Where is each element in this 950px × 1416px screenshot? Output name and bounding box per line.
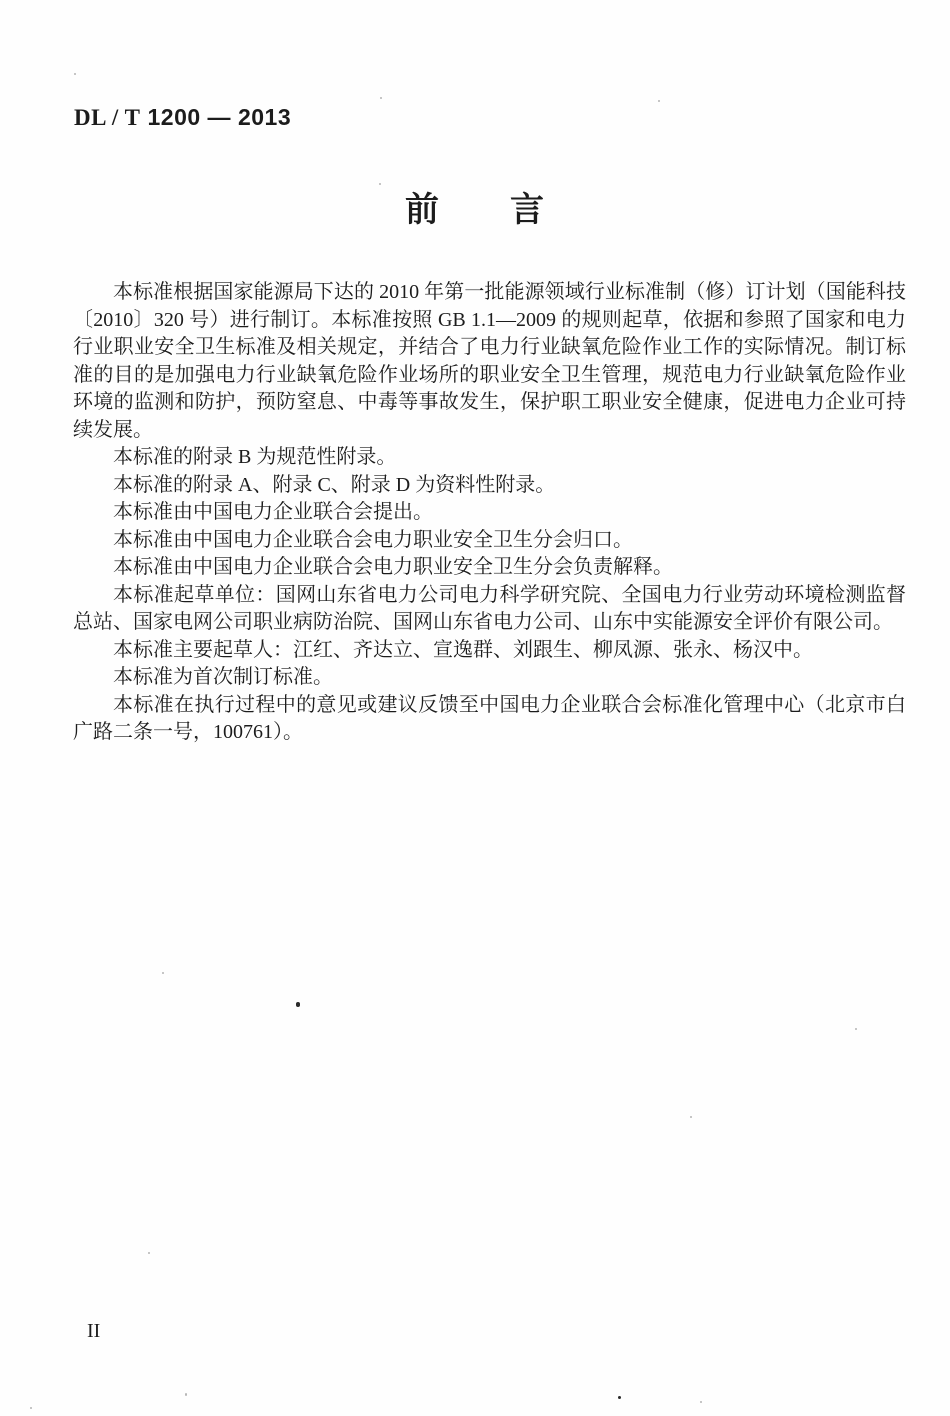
scan-speck (380, 97, 382, 99)
foreword-paragraph-10: 本标准在执行过程中的意见或建议反馈至中国电力企业联合会标准化管理中心（北京市白广… (73, 692, 906, 747)
foreword-body: 本标准根据国家能源局下达的 2010 年第一批能源领域行业标准制（修）订计划（国… (73, 279, 906, 747)
scan-speck (700, 1401, 702, 1403)
foreword-paragraph-4: 本标准由中国电力企业联合会提出。 (73, 499, 906, 527)
standard-code: DL / T (74, 105, 141, 130)
standard-number-header: DL / T1200 — 2013 (74, 104, 291, 131)
scan-speck (690, 1116, 692, 1118)
scan-speck (658, 100, 660, 102)
page-number: II (87, 1320, 100, 1343)
page-canvas: DL / T1200 — 2013 前 言 本标准根据国家能源局下达的 2010… (0, 0, 950, 1416)
foreword-paragraph-2: 本标准的附录 B 为规范性附录。 (73, 444, 906, 472)
scan-speck (162, 972, 164, 974)
foreword-paragraph-3: 本标准的附录 A、附录 C、附录 D 为资料性附录。 (73, 472, 906, 500)
scan-speck (30, 1407, 32, 1409)
standard-edition-year: 1200 — 2013 (148, 104, 292, 130)
scan-speck (379, 183, 381, 185)
scan-speck (185, 1393, 187, 1396)
foreword-paragraph-6: 本标准由中国电力企业联合会电力职业安全卫生分会负责解释。 (73, 554, 906, 582)
foreword-paragraph-1: 本标准根据国家能源局下达的 2010 年第一批能源领域行业标准制（修）订计划（国… (73, 279, 906, 444)
scan-speck (618, 1396, 621, 1399)
scanned-document-page: { "colors": { "paper": "#fefefe", "ink":… (0, 0, 950, 1416)
foreword-paragraph-5: 本标准由中国电力企业联合会电力职业安全卫生分会归口。 (73, 527, 906, 555)
page-title-foreword: 前 言 (0, 190, 950, 231)
scan-speck (74, 73, 76, 75)
scan-speck (855, 1028, 857, 1030)
foreword-paragraph-9: 本标准为首次制订标准。 (73, 664, 906, 692)
foreword-paragraph-8: 本标准主要起草人：江红、齐达立、宣逸群、刘跟生、柳凤源、张永、杨汉中。 (73, 637, 906, 665)
scan-speck (148, 1252, 150, 1254)
foreword-paragraph-7: 本标准起草单位：国网山东省电力公司电力科学研究院、全国电力行业劳动环境检测监督总… (73, 582, 906, 637)
scan-speck (296, 1002, 300, 1007)
